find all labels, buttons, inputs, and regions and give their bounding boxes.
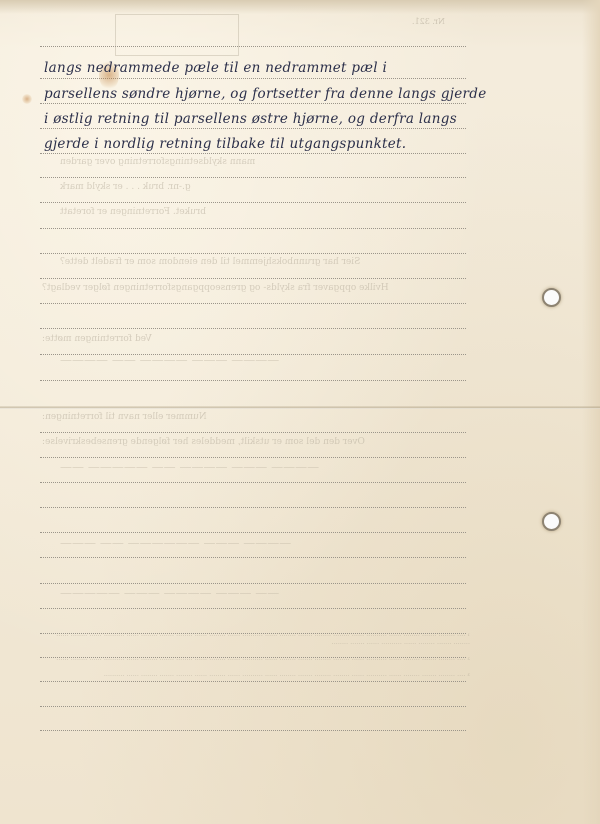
ruled-line bbox=[40, 557, 466, 558]
ruled-line bbox=[40, 228, 466, 229]
paper-edge-right bbox=[582, 0, 600, 824]
show-through-handwriting: ———— ——— ———— —— ————— —— bbox=[60, 460, 319, 474]
ruled-line bbox=[40, 681, 466, 682]
show-through-line: Nummer eller navn til forretningen: bbox=[42, 412, 207, 422]
ruled-line bbox=[40, 46, 466, 47]
ruled-line bbox=[40, 532, 466, 533]
ruled-line bbox=[40, 103, 466, 104]
punch-hole bbox=[542, 288, 561, 307]
show-through-line: Over den del som er utskilt, meddeles he… bbox=[42, 437, 365, 447]
handwritten-line-1: langs nedrammede pæle til en nedrammet p… bbox=[44, 60, 484, 76]
punch-hole bbox=[542, 512, 561, 531]
ruled-line bbox=[40, 153, 466, 154]
show-through-line: Sier har grunnbokshjemmel til den eiendo… bbox=[60, 257, 360, 267]
show-through-handwriting: ———— ——— —————— —— ——— bbox=[60, 536, 291, 550]
handwritten-line-2: parsellens søndre hjørne, og fortsetter … bbox=[44, 86, 484, 102]
show-through-handwriting: ———— ——— ———— —— ———— bbox=[60, 353, 279, 367]
show-through-handwriting: —— ——— ———— ——— ————— bbox=[60, 586, 279, 600]
show-through-line: Hvilke oppgaver fra skylds- og grenseopp… bbox=[42, 283, 389, 293]
ruled-line bbox=[40, 730, 466, 731]
ruled-line bbox=[40, 278, 466, 279]
show-through-line: Ved forretningen møtte: bbox=[42, 334, 152, 344]
ruled-line bbox=[40, 457, 466, 458]
form-number: Nr. 321. bbox=[412, 17, 445, 26]
handwritten-line-4: gjerde i nordlig retning tilbake til utg… bbox=[44, 136, 484, 152]
ruled-line bbox=[40, 303, 466, 304]
ruled-line bbox=[40, 583, 466, 584]
ruled-line bbox=[40, 507, 466, 508]
rust-spot bbox=[22, 94, 32, 104]
paper-fold-crease bbox=[0, 406, 600, 409]
ruled-line bbox=[40, 177, 466, 178]
ruled-line bbox=[40, 432, 466, 433]
show-through-line: g.-nr. bruk . . . er skyld mark bbox=[60, 182, 191, 192]
ruled-line bbox=[40, 202, 466, 203]
ruled-line bbox=[40, 706, 466, 707]
ruled-line bbox=[40, 380, 466, 381]
ruled-line bbox=[40, 253, 466, 254]
ruled-line bbox=[40, 482, 466, 483]
ruled-line bbox=[40, 608, 466, 609]
show-through-line: mann skyldsetningsforretning over garden bbox=[60, 157, 255, 167]
show-through-stamp-box bbox=[115, 14, 239, 56]
show-through-footnotes: ¹ ···· ········ ······· ········ ······ … bbox=[40, 632, 470, 680]
ruled-line bbox=[40, 128, 466, 129]
handwritten-line-3: i østlig retning til parsellens østre hj… bbox=[44, 111, 484, 127]
paper-edge-top bbox=[0, 0, 600, 14]
show-through-line: bruket. Forretningen er foretatt bbox=[60, 207, 206, 217]
document-page: Nr. 321. mann skyldsetningsforretning ov… bbox=[0, 0, 600, 824]
ruled-line bbox=[40, 328, 466, 329]
